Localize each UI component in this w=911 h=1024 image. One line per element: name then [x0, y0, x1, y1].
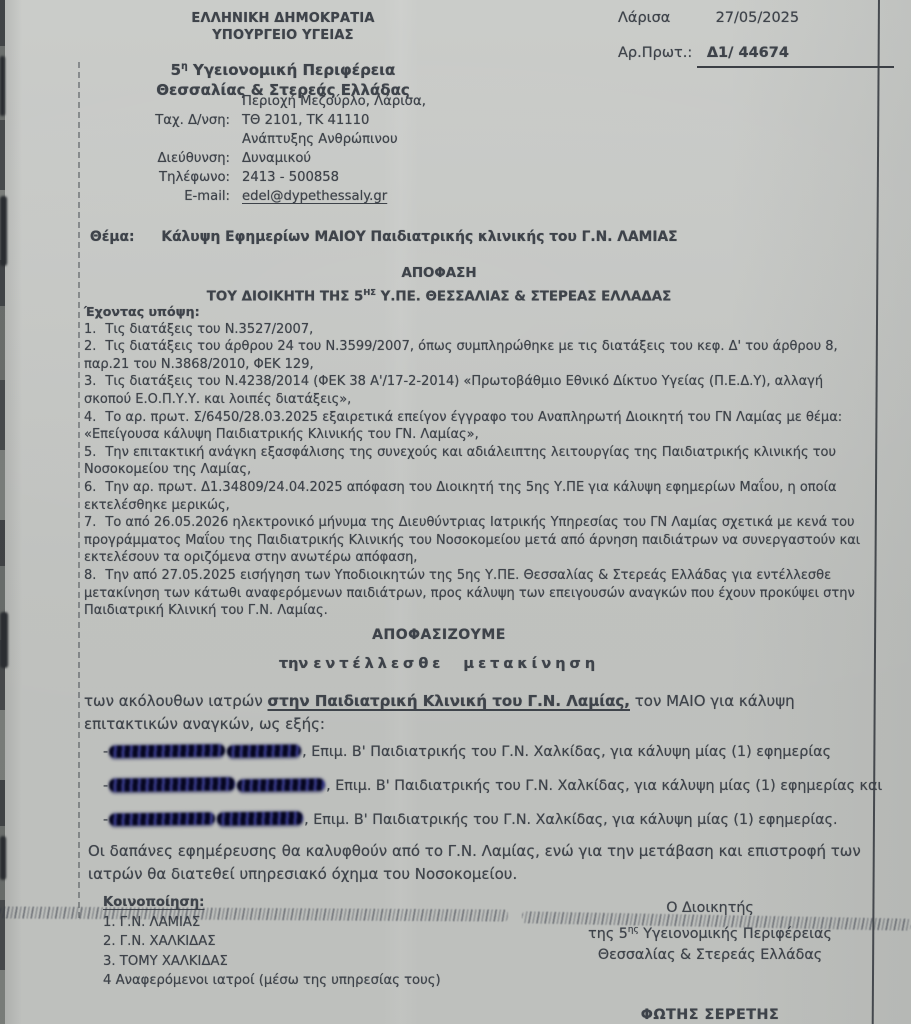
- doctor-details: , Επιμ. Β' Παιδιατρικής του Γ.Ν. Χαλκίδα…: [304, 812, 837, 828]
- decision-heading: ΑΠΟΦΑΣΗ ΤΟΥ ΔΙΟΙΚΗΤΗ ΤΗΣ 5ΗΣ Υ.ΠΕ. ΘΕΣΣΑ…: [0, 265, 878, 306]
- considerations-list: Έχοντας υπόψη: 1.Τις διατάξεις του Ν.352…: [84, 303, 870, 620]
- decision-phrase: την εντέλλεσθε μετακίνηση: [0, 656, 878, 672]
- transfer-paragraph: των ακόλουθων ιατρών στην Παιδιατρική Κλ…: [84, 690, 876, 736]
- contact-label: Διεύθυνση:: [55, 149, 242, 168]
- redacted-name: [109, 744, 225, 757]
- signatory-name: ΦΩΤΗΣ ΣΕΡΕΤΗΣ: [545, 1005, 875, 1024]
- protocol-label: Αρ.Πρωτ.:: [618, 45, 692, 61]
- contact-label: Τηλέφωνο:: [55, 168, 242, 187]
- contact-value: ΤΘ 2101, ΤΚ 41110: [242, 111, 369, 130]
- underlined-clinic: στην Παιδιατρική Κλινική του Γ.Ν. Λαμίας…: [268, 692, 630, 710]
- subject-text: Κάλυψη Εφημερίων ΜΑΙΟΥ Παιδιατρικής κλιν…: [161, 229, 677, 245]
- contact-row: Τηλέφωνο: 2413 - 500858: [55, 168, 426, 187]
- distribution-item: 2. Γ.Ν. ΧΑΛΚΙΔΑΣ: [103, 932, 441, 952]
- dash-bullet: -: [103, 812, 108, 828]
- contact-label: E-mail:: [55, 187, 242, 206]
- signatory-org-line2: Θεσσαλίας & Στερεάς Ελλάδας: [545, 945, 875, 967]
- decision-title: ΑΠΟΦΑΣΗ: [0, 265, 878, 283]
- dash-bullet: -: [103, 778, 108, 794]
- org-name: ΕΛΛΗΝΙΚΗ ΔΗΜΟΚΡΑΤΙΑ: [128, 10, 438, 27]
- doctor-details: , Επιμ. Β' Παιδιατρικής του Γ.Ν. Χαλκίδα…: [326, 778, 882, 794]
- redacted-name: [109, 812, 215, 825]
- scan-noise-band: [0, 906, 508, 921]
- contact-label: Ταχ. Δ/νση:: [55, 111, 242, 130]
- consideration-item: 4.Το αρ. πρωτ. Σ/6450/28.03.2025 εξαιρετ…: [84, 409, 870, 444]
- date-protocol-block: Λάρισα 27/05/2025 Αρ.Πρωτ.: Δ1/ 44674: [618, 10, 888, 61]
- distribution-item: 4 Αναφερόμενοι ιατροί (μέσω της υπηρεσία…: [103, 971, 441, 991]
- doctor-row: -, Επιμ. Β' Παιδιατρικής του Γ.Ν. Χαλκίδ…: [103, 778, 882, 794]
- issue-date: 27/05/2025: [716, 10, 800, 26]
- contact-row: E-mail: edel@dypethessaly.gr: [55, 187, 426, 206]
- expenses-paragraph: Οι δαπάνες εφημέρευσης θα καλυφθούν από …: [88, 840, 872, 885]
- phone-value: 2413 - 500858: [242, 168, 339, 187]
- decision-verb: ΑΠΟΦΑΣΙΖΟΥΜΕ: [0, 627, 878, 643]
- email-value: edel@dypethessaly.gr: [242, 187, 387, 206]
- contact-value: Ανάπτυξης Ανθρώπινου: [242, 130, 398, 149]
- ministry-name: ΥΠΟΥΡΓΕΙΟ ΥΓΕΙΑΣ: [128, 27, 438, 44]
- consideration-item: 2.Τις διατάξεις του άρθρου 24 του Ν.3599…: [84, 338, 870, 373]
- right-margin-line: [872, 0, 880, 1024]
- distribution-item: 3. ΤΟΜΥ ΧΑΛΚΙΔΑΣ: [103, 952, 441, 972]
- consideration-item: 1.Τις διατάξεις του Ν.3527/2007,: [84, 321, 870, 339]
- scan-edge-blob: [0, 56, 5, 116]
- contact-row: Ταχ. Δ/νση: ΤΘ 2101, ΤΚ 41110: [55, 111, 426, 130]
- subject-line: Θέμα: Κάλυψη Εφημερίων ΜΑΙΟΥ Παιδιατρική…: [90, 229, 678, 245]
- health-region-line1: 5η Υγειονομική Περιφέρεια: [128, 57, 438, 80]
- doctor-row: -, Επιμ. Β' Παιδιατρικής του Γ.Ν. Χαλκίδ…: [103, 744, 831, 760]
- contact-row: Περιοχή Μεζούρλο, Λάρισα,: [55, 92, 426, 111]
- scan-edge-blob: [0, 836, 6, 880]
- contact-value: Περιοχή Μεζούρλο, Λάρισα,: [242, 92, 426, 111]
- consideration-item: 5.Την επιτακτική ανάγκη εξασφάλισης της …: [84, 444, 870, 479]
- contact-label: [55, 92, 242, 111]
- protocol-underline: [697, 66, 894, 68]
- consideration-item: 7.Το από 26.05.2026 ηλεκτρονικό μήνυμα τ…: [84, 514, 870, 567]
- consideration-item: 6.Την αρ. πρωτ. Δ1.34809/24.04.2025 απόφ…: [84, 479, 870, 514]
- scan-edge-blob: [0, 196, 7, 266]
- doctor-details: , Επιμ. Β' Παιδιατρικής του Γ.Ν. Χαλκίδα…: [302, 744, 831, 760]
- redacted-name: [217, 811, 303, 825]
- contact-label: [55, 130, 242, 149]
- issue-city: Λάρισα: [618, 10, 670, 26]
- protocol-number: Δ1/ 44674: [707, 45, 789, 61]
- redacted-name: [109, 777, 235, 792]
- redacted-name: [237, 778, 325, 791]
- redacted-name: [227, 745, 301, 758]
- consideration-item: 8.Την από 27.05.2025 εισήγηση των Υποδιο…: [84, 567, 870, 620]
- dash-bullet: -: [103, 744, 108, 760]
- subject-label: Θέμα:: [90, 229, 135, 245]
- contact-row: Ανάπτυξης Ανθρώπινου: [55, 130, 426, 149]
- letterhead: ΕΛΛΗΝΙΚΗ ΔΗΜΟΚΡΑΤΙΑ ΥΠΟΥΡΓΕΙΟ ΥΓΕΙΑΣ 5η …: [128, 10, 438, 100]
- scanned-document-page: ΕΛΛΗΝΙΚΗ ΔΗΜΟΚΡΑΤΙΑ ΥΠΟΥΡΓΕΙΟ ΥΓΕΙΑΣ 5η …: [0, 0, 911, 1024]
- contact-block: Περιοχή Μεζούρλο, Λάρισα, Ταχ. Δ/νση: ΤΘ…: [55, 92, 426, 206]
- contact-value: Δυναμικού: [242, 149, 311, 168]
- considerations-intro: Έχοντας υπόψη:: [84, 303, 870, 321]
- contact-row: Διεύθυνση: Δυναμικού: [55, 149, 426, 168]
- consideration-item: 3.Τις διατάξεις του Ν.4238/2014 (ΦΕΚ 38 …: [84, 373, 870, 408]
- doctor-row: -, Επιμ. Β' Παιδιατρικής του Γ.Ν. Χαλκίδ…: [103, 812, 838, 828]
